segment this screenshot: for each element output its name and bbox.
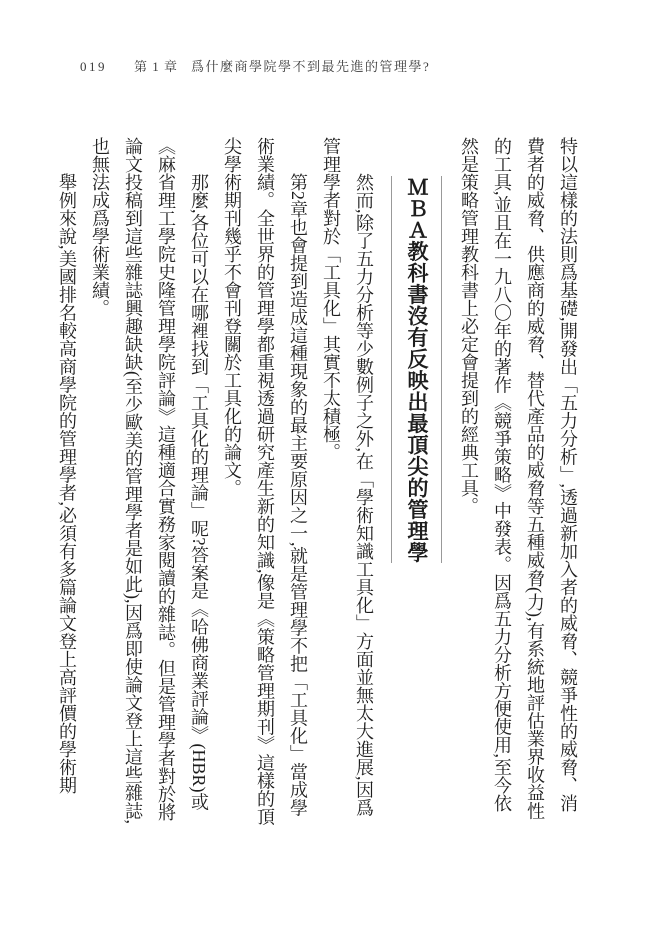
book-page: 019 第 1 章 爲什麼商學院學不到最先進的管理學? 特以這樣的法則爲基礎,開…	[0, 0, 663, 932]
paragraph: 那麼,各位可以在哪裡找到「工具化的理論」呢?答案是《哈佛商業評論》(HBR)或《…	[83, 137, 215, 827]
running-head: 019 第 1 章 爲什麼商學院學不到最先進的管理學?	[80, 56, 430, 75]
paragraph: 舉例來說,美國排名較高商學院的管理學者,必須有多篇論文登上高評價的學術期	[50, 137, 83, 827]
chapter-label: 第 1 章	[134, 56, 178, 75]
paragraph: 第2章也會提到造成這種現象的最主要原因之一,就是管理學不把「工具化」當成學術業績…	[215, 137, 314, 827]
page-number: 019	[80, 59, 107, 75]
section-heading: ＭＢＡ教科書沒有反映出最頂尖的管理學	[391, 176, 442, 563]
chapter-title: 爲什麼商學院學不到最先進的管理學?	[191, 56, 430, 75]
paragraph-continuation: 特以這樣的法則爲基礎,開發出「五力分析」,透過新加入者的威脅、競爭性的威脅、消費…	[452, 137, 584, 827]
body-text-block: 特以這樣的法則爲基礎,開發出「五力分析」,透過新加入者的威脅、競爭性的威脅、消費…	[50, 137, 584, 827]
paragraph: 然而,除了五力分析等少數例子之外,在「學術知識工具化」方面並無太大進展,因爲管理…	[314, 137, 380, 827]
